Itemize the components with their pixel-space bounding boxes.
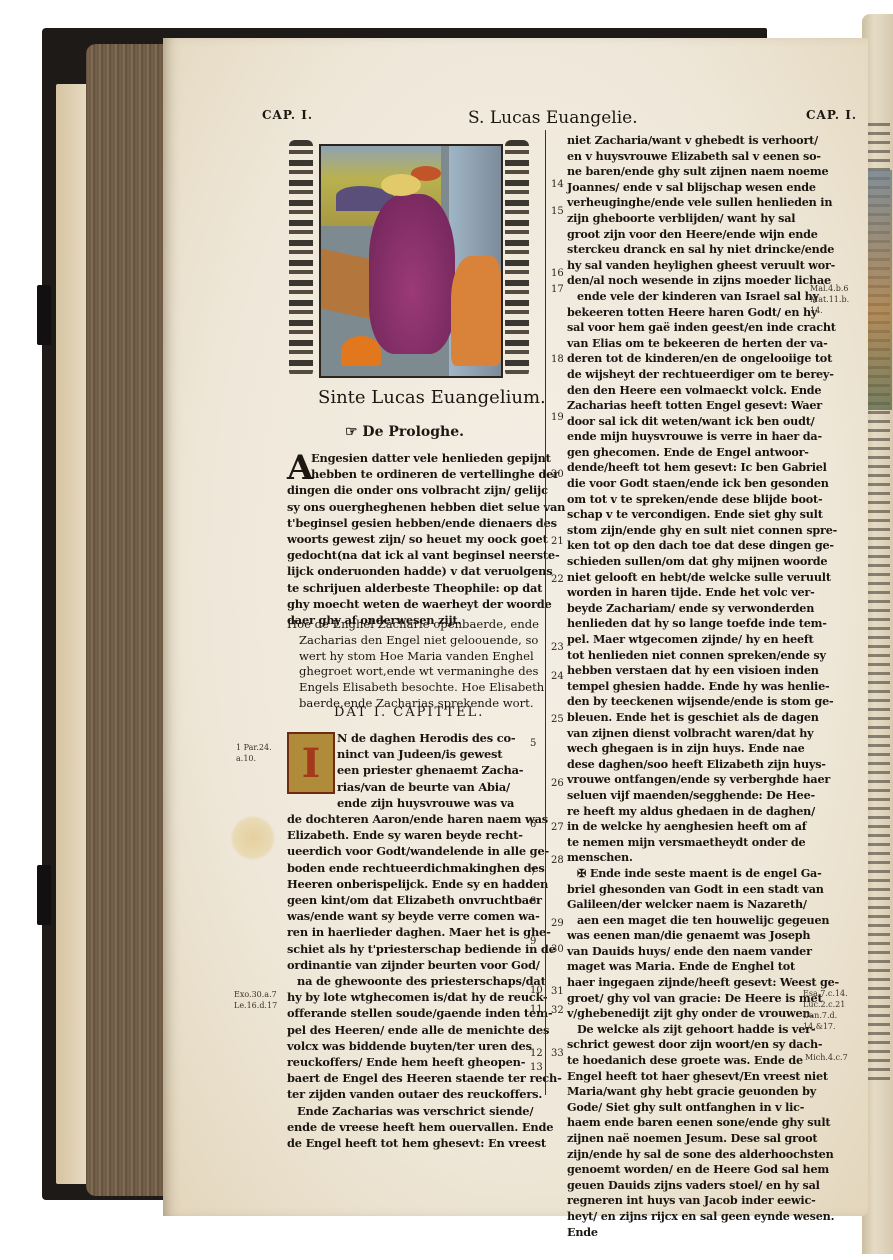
text-line: Heeren onberispelijck. Ende sy en hadden xyxy=(287,876,539,892)
text-line: worden in haren tijde. Ende het volc ver… xyxy=(567,585,822,601)
text-line: ter zijden vanden outaer des reuckoffers… xyxy=(287,1086,539,1102)
text-line: was eenen man/die genaemt was Joseph xyxy=(567,928,822,944)
text-line: ninct van Judeen/is gewest xyxy=(287,746,539,762)
verse-number: 6 xyxy=(530,819,536,830)
text-line: een priester ghenaemt Zacha- xyxy=(287,762,539,778)
chapter-text-left: N de daghen Herodis des co- ninct van Ju… xyxy=(287,730,539,1151)
text-line: gedocht(na dat ick al vant beginsel neer… xyxy=(287,547,539,563)
text-line: wech ghegaen is in zijn huys. Ende nae xyxy=(567,741,822,757)
text-line: reuckoffers/ Ende hem heeft gheopen- xyxy=(287,1054,539,1070)
verse-number: 26 xyxy=(551,778,564,789)
prologue-heading: ☞ De Prologhe. xyxy=(345,424,464,440)
running-head-left: CAP. I. xyxy=(262,108,313,122)
text-line: gen ghecomen. Ende de Engel antwoor- xyxy=(567,445,822,461)
text-line: re heeft my aldus ghedaen in de daghen/ xyxy=(567,804,822,820)
book xyxy=(341,336,381,366)
text-line: bekeeren totten Heere haren Godt/ en hy xyxy=(567,305,822,321)
text-line: na de ghewoonte des priesterschaps/dat xyxy=(287,973,539,989)
running-head-center: S. Lucas Euangelie. xyxy=(468,108,638,128)
text-line: Ende xyxy=(567,1225,822,1241)
text-line: Zacharias heeft totten Engel gesevt: Wae… xyxy=(567,398,822,414)
text-line: Gode/ Siet ghy sult ontfanghen in v lic- xyxy=(567,1100,822,1116)
text-line: schieden sullen/om dat ghy mijnen woorde xyxy=(567,554,822,570)
text-line: Galileen/der welcker naem is Nazareth/ xyxy=(567,897,822,913)
text-line: N de daghen Herodis des co- xyxy=(287,730,539,746)
text-line: niet Zacharia/want v ghebedt is verhoort… xyxy=(567,133,822,149)
verse-number: 28 xyxy=(551,855,564,866)
verse-number: 7 xyxy=(530,867,536,878)
text-line: ordinantie van zijnder beurten voor God/ xyxy=(287,957,539,973)
text-line: te schrijuen alderbeste Theophile: op da… xyxy=(287,580,539,596)
chapter-heading: DAT I. CAPITTEL. xyxy=(334,705,484,720)
text-line: ne baren/ende ghy sult zijnen naem noeme xyxy=(567,164,822,180)
marginal-note: Esa.7.c.14. Luc.2.c.21 Dan.7.d. 14.&17. xyxy=(803,988,848,1032)
verse-number: 13 xyxy=(530,1062,543,1073)
summary-line: Hoe de Enghel Zacharie openbaerde, ende xyxy=(287,617,539,633)
verse-number: 21 xyxy=(551,536,564,547)
text-line: deren tot de kinderen/en de ongelooiige … xyxy=(567,351,822,367)
ox xyxy=(451,256,501,366)
text-line: hebben verstaen dat hy een visioen inden xyxy=(567,663,822,679)
verse-number: 18 xyxy=(551,354,564,365)
text-line: van zijnen dienst volbracht waren/dat hy xyxy=(567,726,822,742)
verse-number: 16 xyxy=(551,268,564,279)
text-line: sterckeu dranck en sal hy niet drincke/e… xyxy=(567,242,822,258)
verse-number: 15 xyxy=(551,206,564,217)
text-line: lijck onderuonden hadde) v dat veruolgen… xyxy=(287,563,539,579)
verse-number: 33 xyxy=(551,1048,564,1059)
verse-number: 11 xyxy=(530,1004,543,1015)
book-title: Sinte Lucas Euangelium. xyxy=(318,387,546,408)
text-line: sy ons ouergheghenen hebben diet selue v… xyxy=(287,499,539,515)
summary-line: wert hy stom Hoe Maria vanden Enghel xyxy=(287,649,539,665)
text-line: offerande stellen soude/gaende inden tem… xyxy=(287,1005,539,1021)
text-line: van Elias om te bekeeren de herten der v… xyxy=(567,336,822,352)
column-divider xyxy=(545,130,546,1095)
text-line: haer ingegaen zijnde/heeft gesevt: Weest… xyxy=(567,975,822,991)
text-line: niet gelooft en hebt/de welcke sulle ver… xyxy=(567,570,822,586)
text-line: briel ghesonden van Godt in een stadt va… xyxy=(567,882,822,898)
flyleaf xyxy=(56,84,90,1184)
text-line: te hoedanich dese groete was. Ende de xyxy=(567,1053,822,1069)
text-line: boden ende rechtueerdichmakinghen des xyxy=(287,860,539,876)
verse-number: 24 xyxy=(551,671,564,682)
marginal-note: Mich.4.c.7 xyxy=(805,1052,848,1063)
verse-number: 22 xyxy=(551,574,564,585)
chapter-text-right: niet Zacharia/want v ghebedt is verhoort… xyxy=(567,133,822,1240)
text-line: Maria/want ghy hebt gracie geuonden by xyxy=(567,1084,822,1100)
verse-number: 9 xyxy=(530,936,536,947)
text-line: haem ende baren eenen sone/ende ghy sult xyxy=(567,1115,822,1131)
text-line: schap v te vercondigen. Ende siet ghy su… xyxy=(567,507,822,523)
facing-page-illustration xyxy=(868,170,892,410)
text-line: de Engel heeft tot hem ghesevt: En vrees… xyxy=(287,1135,539,1151)
text-line: ueerdich voor Godt/wandelende in alle ge… xyxy=(287,843,539,859)
text-line: t'beginsel gesien hebben/ende dienaers d… xyxy=(287,515,539,531)
text-line: den/al noch wesende in zijns moeder lich… xyxy=(567,273,822,289)
text-line: rias/van de beurte van Abia/ xyxy=(287,779,539,795)
text-line: verheuginghe/ende vele sullen henlieden … xyxy=(567,195,822,211)
text-line: geen kint/om dat Elizabeth onvruchtbaer xyxy=(287,892,539,908)
text-line: was/ende want sy beyde verre comen wa- xyxy=(287,908,539,924)
text-line: dende/heeft tot hem gesevt: Ic ben Gabri… xyxy=(567,460,822,476)
text-line: groot zijn voor den Heere/ende wijn ende xyxy=(567,227,822,243)
text-line: ende mijn huysvrouwe is verre in haer da… xyxy=(567,429,822,445)
text-line: in de welcke hy aenghesien heeft om af xyxy=(567,819,822,835)
text-line: dingen die onder ons volbracht zijn/ gel… xyxy=(287,482,539,498)
text-line: ende vele der kinderen van Israel sal hy xyxy=(567,289,822,305)
verse-number: 20 xyxy=(551,469,564,480)
text-line: tempel ghesien hadde. Ende hy was henlie… xyxy=(567,679,822,695)
text-line: vrouwe ontfangen/ende sy verberghde haer xyxy=(567,772,822,788)
verse-number: 12 xyxy=(530,1048,543,1059)
verse-number: 14 xyxy=(551,179,564,190)
text-line: volcx was biddende buyten/ter uren des xyxy=(287,1038,539,1054)
verse-number: 30 xyxy=(551,944,564,955)
text-line: stom zijn/ende ghy en sult niet connen s… xyxy=(567,523,822,539)
verse-number: 23 xyxy=(551,642,564,653)
text-line: de dochteren Aaron/ende haren naem was xyxy=(287,811,539,827)
text-line: te nemen mijn versmaetheydt onder de xyxy=(567,835,822,851)
chapter-summary: Hoe de Enghel Zacharie openbaerde, ende … xyxy=(287,617,539,712)
text-line: van Dauids huys/ ende den naem vander xyxy=(567,944,822,960)
text-line: de wijsheyt der rechtueerdiger om te ber… xyxy=(567,367,822,383)
text-line: regneren int huys van Jacob inder eewic- xyxy=(567,1193,822,1209)
text-line: hebben te ordineren de vertellinghe der xyxy=(287,466,539,482)
text-line: pel. Maer wtgecomen zijnde/ hy en heeft xyxy=(567,632,822,648)
text-line: geuen Dauids zijns vaders stoel/ en hy s… xyxy=(567,1178,822,1194)
clasp-strap-bottom xyxy=(37,865,51,925)
text-line: baert de Engel des Heeren staende ter re… xyxy=(287,1070,539,1086)
text-line: bleuen. Ende het is geschiet als de dage… xyxy=(567,710,822,726)
text-line: zijnen naë noemen Jesum. Dese sal groot xyxy=(567,1131,822,1147)
text-line: Joannes/ ende v sal blijschap wesen ende xyxy=(567,180,822,196)
verse-number: 10 xyxy=(530,985,543,996)
text-line: om tot v te spreken/ende dese blijde boo… xyxy=(567,492,822,508)
text-line: den den Heere een volmaeckt volck. Ende xyxy=(567,383,822,399)
marginal-note: Mal.4.b.6 Mat.11.b. 14. xyxy=(810,283,849,316)
text-line: ren in haerlieder daghen. Maer het is gh… xyxy=(287,924,539,940)
text-line: aen een maget die ten houwelijc gegeuen xyxy=(567,913,822,929)
summary-line: Zacharias den Engel niet geloouende, so xyxy=(287,633,539,649)
text-line: sal voor hem gaë inden geest/en inde cra… xyxy=(567,320,822,336)
text-line: en v huysvrouwe Elizabeth sal v eenen so… xyxy=(567,149,822,165)
text-line: De welcke als zijt gehoort hadde is ver- xyxy=(567,1022,822,1038)
text-line: beyde Zachariam/ ende sy verwonderden xyxy=(567,601,822,617)
text-line: schrict gewest door zijn woort/en sy dac… xyxy=(567,1037,822,1053)
text-line: die voor Godt staen/ende ick ben gesonde… xyxy=(567,476,822,492)
text-line: v/ghebenedijt zijt ghy onder de vrouwen. xyxy=(567,1006,822,1022)
foxing-stain xyxy=(230,815,276,861)
summary-line: ghegroet wort,ende wt vermaninghe des xyxy=(287,664,539,680)
verse-number: 32 xyxy=(551,1005,564,1016)
text-line: Engesien datter vele henlieden gepijnt xyxy=(287,450,539,466)
text-line: genoemt worden/ en de Heere God sal hem xyxy=(567,1162,822,1178)
text-line: Engel heeft tot haer ghesevt/En vreest n… xyxy=(567,1069,822,1085)
evangelist-figure xyxy=(369,194,455,354)
verse-number: 31 xyxy=(551,986,564,997)
text-line: ende zijn huysvrouwe was va xyxy=(287,795,539,811)
text-line: heyt/ en zijns rijcx en sal geen eynde w… xyxy=(567,1209,822,1225)
text-line: ken tot op den dach toe dat dese dingen … xyxy=(567,538,822,554)
marginal-note: 1 Par.24. a.10. xyxy=(236,742,272,764)
text-line: groet/ ghy vol van gracie: De Heere is m… xyxy=(567,991,822,1007)
text-line: schiet als hy t'priesterschap bediende i… xyxy=(287,941,539,957)
text-line: zijn/ende hy sal de sone des alderhoochs… xyxy=(567,1147,822,1163)
verse-number: 17 xyxy=(551,284,564,295)
text-line: hy sal vanden heylighen gheest veruult w… xyxy=(567,258,822,274)
ornamental-border-right xyxy=(505,140,529,377)
text-line: tot henlieden niet connen spreken/ende s… xyxy=(567,648,822,664)
woodcut-illustration xyxy=(289,140,529,377)
text-line: seluen vijf maenden/segghende: De Hee- xyxy=(567,788,822,804)
text-line: maget was Maria. Ende de Enghel tot xyxy=(567,959,822,975)
verse-number: 8 xyxy=(530,896,536,907)
verse-number: 5 xyxy=(530,738,536,749)
prologue-text: Engesien datter vele henlieden gepijnt h… xyxy=(287,450,539,628)
verse-number: 27 xyxy=(551,822,564,833)
clasp-strap-top xyxy=(37,285,51,345)
text-line: pel des Heeren/ ende alle de menichte de… xyxy=(287,1022,539,1038)
text-line: den by teeckenen wijsende/ende is stom g… xyxy=(567,694,822,710)
text-line: ghy moecht weten de waerheyt der woorde xyxy=(287,596,539,612)
text-line: door sal ick dit weten/want ick ben oudt… xyxy=(567,414,822,430)
verse-number: 29 xyxy=(551,918,564,929)
halo xyxy=(381,174,421,196)
text-line: ende de vreese heeft hem ouervallen. End… xyxy=(287,1119,539,1135)
page-edges xyxy=(86,44,168,1196)
st-luke-woodcut xyxy=(319,144,503,378)
text-line: dese daghen/soo heeft Elizabeth zijn huy… xyxy=(567,757,822,773)
text-line: menschen. xyxy=(567,850,822,866)
verse-number: 25 xyxy=(551,714,564,725)
text-line: woorts gewest zijn/ so heuet my oock goe… xyxy=(287,531,539,547)
text-line: Ende Zacharias was verschrict siende/ xyxy=(287,1103,539,1119)
summary-line: Engels Elisabeth besochte. Hoe Elisabeth xyxy=(287,680,539,696)
verse-number: 19 xyxy=(551,412,564,423)
text-line: hy by lote wtghecomen is/dat hy de reuck… xyxy=(287,989,539,1005)
running-head-right: CAP. I. xyxy=(806,108,857,122)
text-line: henlieden dat hy so lange toefde inde te… xyxy=(567,616,822,632)
text-line: Elizabeth. Ende sy waren beyde recht- xyxy=(287,827,539,843)
text-line: ✠ Ende inde seste maent is de engel Ga- xyxy=(567,866,822,882)
ornamental-border-left xyxy=(289,140,313,377)
text-line: zijn gheboorte verblijden/ want hy sal xyxy=(567,211,822,227)
marginal-note: Exo.30.a.7 Le.16.d.17 xyxy=(234,989,277,1011)
